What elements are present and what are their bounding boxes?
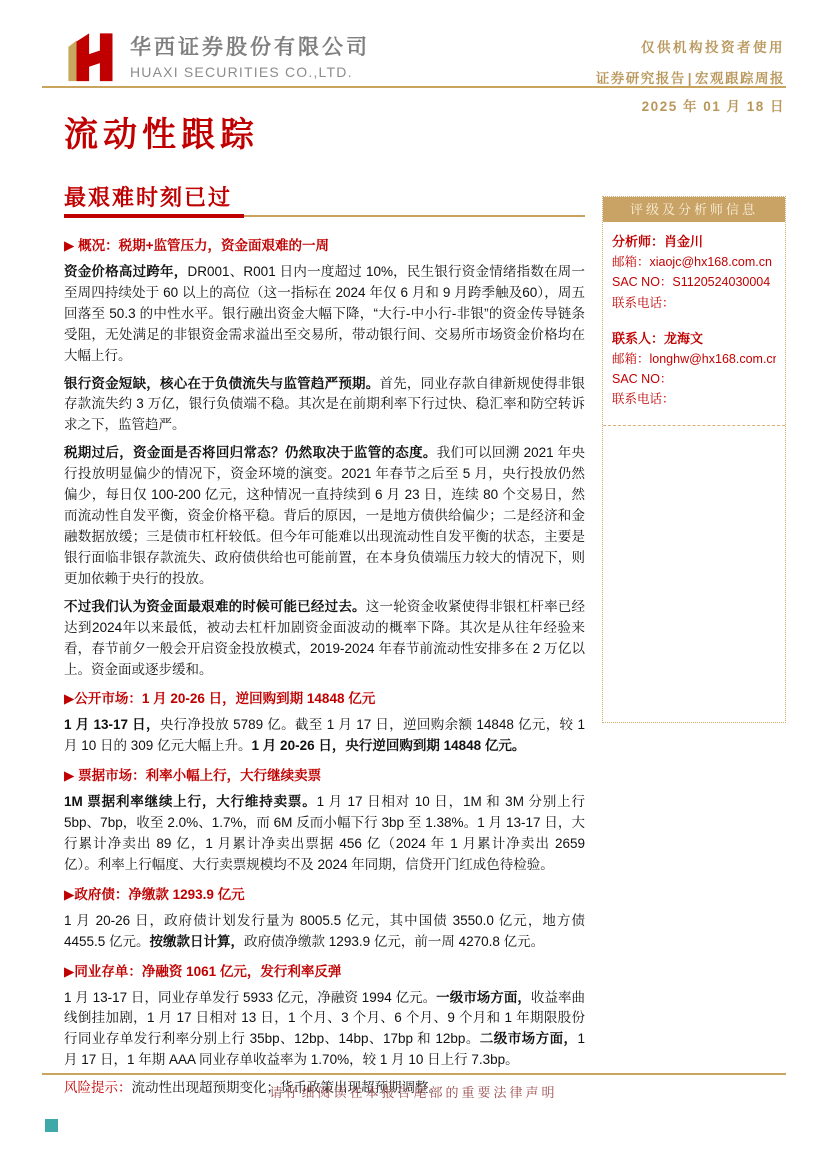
analyst-info-header: 评级及分析师信息 bbox=[603, 197, 785, 222]
report-type: 证券研究报告 bbox=[596, 71, 686, 86]
analyst-email[interactable]: 邮箱：xiaojc@hx168.com.cn bbox=[612, 252, 776, 272]
analyst-info-panel: 评级及分析师信息 分析师：肖金川邮箱：xiaojc@hx168.com.cnSA… bbox=[602, 196, 786, 723]
report-body: ▶ 概况：税期+监管压力，资金面艰难的一周资金价格高过跨年，DR001、R001… bbox=[64, 227, 585, 1099]
section-heading: ▶ 概况：税期+监管压力，资金面艰难的一周 bbox=[64, 236, 585, 257]
paragraph-text: 我们可以回溯 2021 年央行投放明显偏少的情况下，资金环境的演变。2021 年… bbox=[64, 445, 585, 586]
company-name-block: 华西证券股份有限公司 HUAXI SECURITIES CO.,LTD. bbox=[130, 31, 370, 80]
contact-phone: 联系电话： bbox=[612, 389, 776, 409]
paragraph-lead-bold: 银行资金短缺，核心在于负债流失与监管趋严预期。 bbox=[64, 376, 379, 391]
analyst-phone: 联系电话： bbox=[612, 293, 776, 313]
sidebar-body: 分析师：肖金川邮箱：xiaojc@hx168.com.cnSAC NO：S112… bbox=[603, 222, 785, 410]
report-date: 2025 年 01 月 18 日 bbox=[642, 95, 785, 115]
page-subtitle: 最艰难时刻已过 bbox=[64, 181, 232, 212]
body-paragraph: 1M 票据利率继续上行，大行维持卖票。1 月 17 日相对 10 日，1M 和 … bbox=[64, 792, 585, 876]
paragraph-lead-bold: 税期过后，资金面是否将回归常态？仍然取决于监管的态度。 bbox=[64, 445, 437, 460]
section-heading: ▶ 票据市场：利率小幅上行，大行继续卖票 bbox=[64, 766, 585, 787]
analyst-group: 分析师：肖金川邮箱：xiaojc@hx168.com.cnSAC NO：S112… bbox=[612, 231, 776, 313]
body-paragraph: 税期过后，资金面是否将回归常态？仍然取决于监管的态度。我们可以回溯 2021 年… bbox=[64, 443, 585, 589]
analyst-name: 分析师：肖金川 bbox=[612, 231, 776, 252]
paragraph-lead-bold: 1 月 13-17 日， bbox=[64, 717, 160, 732]
paragraph-lead-bold: 资金价格高过跨年， bbox=[64, 264, 187, 279]
huaxi-logo-icon bbox=[63, 27, 117, 83]
company-name-en: HUAXI SECURITIES CO.,LTD. bbox=[130, 64, 370, 80]
corner-marker-icon bbox=[45, 1119, 58, 1132]
report-page: 华西证券股份有限公司 HUAXI SECURITIES CO.,LTD. 仅供机… bbox=[0, 0, 827, 1169]
subtitle-rule-red bbox=[64, 214, 244, 218]
contact-email[interactable]: 邮箱：longhw@hx168.com.cn bbox=[612, 349, 776, 369]
report-type-line: 证券研究报告|宏观跟踪周报 bbox=[596, 67, 785, 87]
company-name-cn: 华西证券股份有限公司 bbox=[130, 31, 370, 61]
contact-name: 联系人：龙海文 bbox=[612, 328, 776, 349]
paragraph-lead-bold: 不过我们认为资金面最艰难的时候可能已经过去。 bbox=[64, 599, 366, 614]
header-meta: 仅供机构投资者使用 证券研究报告|宏观跟踪周报 bbox=[596, 36, 785, 87]
section-heading: ▶同业存单：净融资 1061 亿元，发行利率反弹 bbox=[64, 962, 585, 983]
institutional-notice: 仅供机构投资者使用 bbox=[596, 36, 785, 56]
analyst-sac: SAC NO：S1120524030004 bbox=[612, 272, 776, 292]
body-paragraph: 1 月 13-17 日，同业存单发行 5933 亿元，净融资 1994 亿元。一… bbox=[64, 988, 585, 1072]
paragraph-lead-bold: 1M 票据利率继续上行，大行维持卖票。 bbox=[64, 794, 317, 809]
section-heading: ▶公开市场：1 月 20-26 日，逆回购到期 14848 亿元 bbox=[64, 689, 585, 710]
footer-disclaimer: 请仔细阅读在本报告尾部的重要法律声明 bbox=[0, 1082, 827, 1101]
section-heading: ▶政府债：净缴款 1293.9 亿元 bbox=[64, 885, 585, 906]
body-paragraph: 不过我们认为资金面最艰难的时候可能已经过去。这一轮资金收紧使得非银杠杆率已经达到… bbox=[64, 597, 585, 681]
header-divider bbox=[42, 86, 786, 88]
sidebar-divider bbox=[603, 425, 785, 426]
body-paragraph: 1 月 13-17 日，央行净投放 5789 亿。截至 1 月 17 日，逆回购… bbox=[64, 715, 585, 757]
paragraph-lead-bold: 1 月 20-26 日，央行逆回购到期 14848 亿元。 bbox=[252, 738, 526, 753]
analyst-group: 联系人：龙海文邮箱：longhw@hx168.com.cnSAC NO：联系电话… bbox=[612, 328, 776, 410]
paragraph-text: 1 月 13-17 日，同业存单发行 5933 亿元，净融资 1994 亿元。 bbox=[64, 990, 436, 1005]
paragraph-lead-bold: 按缴款日计算， bbox=[150, 934, 245, 949]
paragraph-lead-bold: 二级市场方面， bbox=[480, 1031, 578, 1046]
body-paragraph: 银行资金短缺，核心在于负债流失与监管趋严预期。首先，同业存款自律新规使得非银存款… bbox=[64, 374, 585, 437]
page-title: 流动性跟踪 bbox=[64, 107, 259, 156]
header-logo-block: 华西证券股份有限公司 HUAXI SECURITIES CO.,LTD. bbox=[63, 27, 370, 83]
paragraph-text: 政府债净缴款 1293.9 亿元，前一周 4270.8 亿元。 bbox=[244, 934, 544, 949]
contact-sac: SAC NO： bbox=[612, 369, 776, 389]
footer-divider bbox=[42, 1073, 786, 1075]
separator-bar: | bbox=[686, 71, 695, 86]
subtitle-rule-gold bbox=[244, 215, 585, 217]
body-paragraph: 1 月 20-26 日，政府债计划发行量为 8005.5 亿元，其中国债 355… bbox=[64, 911, 585, 953]
body-paragraph: 资金价格高过跨年，DR001、R001 日内一度超过 10%，民生银行资金情绪指… bbox=[64, 262, 585, 367]
report-category: 宏观跟踪周报 bbox=[695, 71, 785, 86]
paragraph-lead-bold: 一级市场方面， bbox=[436, 990, 531, 1005]
